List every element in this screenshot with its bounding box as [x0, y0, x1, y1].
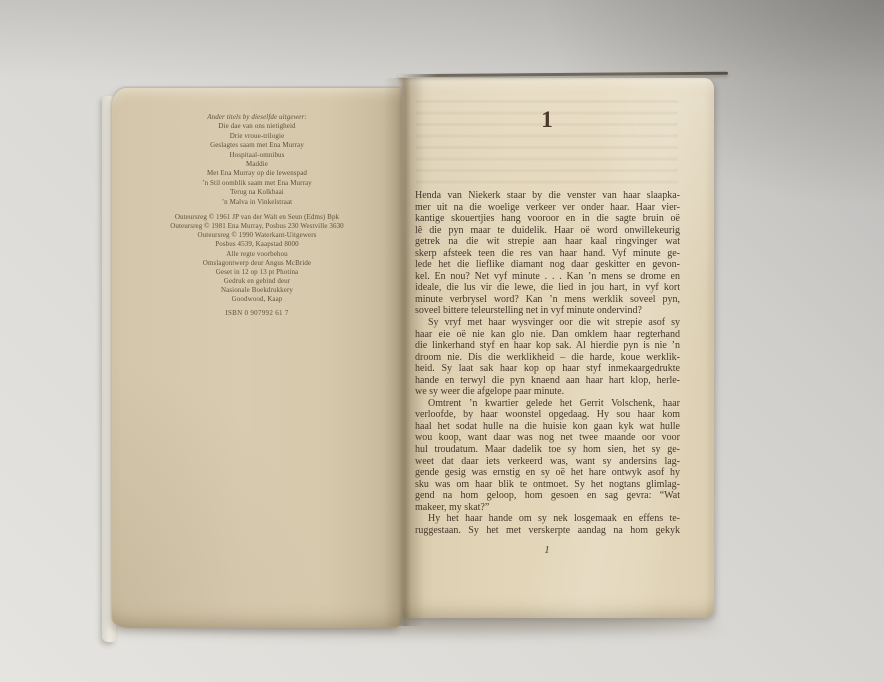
text-line: soveel bittere teleurstelling net in vyf…: [415, 305, 680, 317]
text-line: kel. En nou? Net vyf minute . . . Kan ’n…: [415, 271, 680, 283]
title-line: Met Ena Murray op die lewenspad: [112, 169, 402, 178]
text-line: kantige skouertjies hang vooroor en in d…: [415, 213, 680, 225]
text-line: minute verbrysel word? Kan ’n mens werkl…: [415, 294, 680, 306]
title-line: Maddie: [112, 160, 402, 169]
imprint-line: Outeursreg © 1981 Ena Murray, Posbus 230…: [112, 222, 402, 231]
imprint-line: Goodwood, Kaap: [112, 295, 402, 304]
text-line: haar eie oë nie kan glo nie. Dan omklem …: [415, 329, 680, 341]
text-line: gend na hom geloop, hom gesoen en sag ge…: [415, 490, 680, 502]
text-line: we sy weer die afgelope paar minute.: [415, 386, 680, 398]
imprint-line: Alle regte voorbehou: [112, 250, 402, 259]
other-titles-block: Ander titels by dieselfde uitgewer: Die …: [112, 113, 402, 207]
text-line: mer uit na die woelige verkeer ver onder…: [415, 202, 680, 214]
imprint-line: Nasionale Boekdrukkery: [112, 286, 402, 295]
text-line: die linkerhand styf en haar kop sak. Al …: [415, 340, 680, 352]
title-line: Hospitaal-omnibus: [112, 151, 402, 160]
body-text: Henda van Niekerk staar by die venster v…: [415, 190, 680, 536]
imprint-block: Outeursreg © 1961 JP van der Walt en Seu…: [112, 213, 402, 305]
title-line: Terug na Kolkbaai: [112, 188, 402, 197]
imprint-line: Geset in 12 op 13 pt Photina: [112, 268, 402, 277]
text-line: Sy vryf met haar wysvinger oor die wit s…: [415, 317, 680, 329]
imprint-line: Gedruk en gebind deur: [112, 277, 402, 286]
title-line: Geslagtes saam met Ena Murray: [112, 141, 402, 150]
text-line: getrek na die wit strepie aan haar kaal …: [415, 236, 680, 248]
text-line: Hy het haar hande om sy nek losgemaak en…: [415, 513, 680, 525]
text-line: lede het die lieflike diamant nog daar g…: [415, 259, 680, 271]
imprint-line: Omslagontwerp deur Angus McBride: [112, 259, 402, 268]
title-line: Die dae van ons nietigheid: [112, 122, 402, 131]
isbn-line: ISBN 0 907992 61 7: [112, 309, 402, 317]
title-line: ’n Stil oomblik saam met Ena Murray: [112, 179, 402, 188]
chapter-number: 1: [416, 108, 678, 132]
imprint-line: Posbus 4539, Kaapstad 8000: [112, 240, 402, 249]
book-top-edge: [398, 72, 728, 78]
text-line: wou koop, want daar was nog net twee maa…: [415, 432, 680, 444]
other-titles-header: Ander titels by dieselfde uitgewer:: [112, 113, 402, 122]
text-line: weet dat daar iets verkeerd was, want sy…: [415, 456, 680, 468]
title-line: Drie vroue-trilogie: [112, 132, 402, 141]
text-line: gende gesig was ernstig en sy oë het har…: [415, 467, 680, 479]
text-line: verloofde, by haar woonstel opgedaag. Hy…: [415, 409, 680, 421]
text-line: heid. Sy laat sak haar kop op haar styf …: [415, 363, 680, 375]
text-line: hul troudatum. Maar dadelik toe sy hom s…: [415, 444, 680, 456]
page-number: 1: [416, 545, 678, 556]
text-line: skerp afsteek teen die res van haar hand…: [415, 248, 680, 260]
text-line: droom nie. Dis die werklikheid – die har…: [415, 352, 680, 364]
left-page: Ander titels by dieselfde uitgewer: Die …: [112, 88, 402, 628]
imprint-line: Outeursreg © 1990 Waterkant-Uitgewers: [112, 231, 402, 240]
photo-background: Ander titels by dieselfde uitgewer: Die …: [0, 0, 884, 682]
title-line: ’n Malva in Vinkelstraat: [112, 198, 402, 207]
open-book: Ander titels by dieselfde uitgewer: Die …: [98, 70, 732, 630]
text-line: ideale, die lus vir die lewe, die lied i…: [415, 282, 680, 294]
text-line: hande en terwyl die pyn knaend aan haar …: [415, 375, 680, 387]
text-line: Henda van Niekerk staar by die venster v…: [415, 190, 680, 202]
imprint-line: Outeursreg © 1961 JP van der Walt en Seu…: [112, 213, 402, 222]
text-line: sku was om haar blik te ontmoet. Sy het …: [415, 479, 680, 491]
text-line: lê die pyn maar te duidelik. Haar oë wor…: [415, 225, 680, 237]
text-line: makeer, my skat?”: [415, 502, 680, 514]
right-page: 1 Henda van Niekerk staar by die venster…: [402, 78, 714, 618]
text-line: ruggestaan. Sy het met verskerpte aandag…: [415, 525, 680, 537]
text-line: Omtrent ’n kwartier gelede het Gerrit Vo…: [415, 398, 680, 410]
text-line: haal het sodat hulle na die huisie kon g…: [415, 421, 680, 433]
